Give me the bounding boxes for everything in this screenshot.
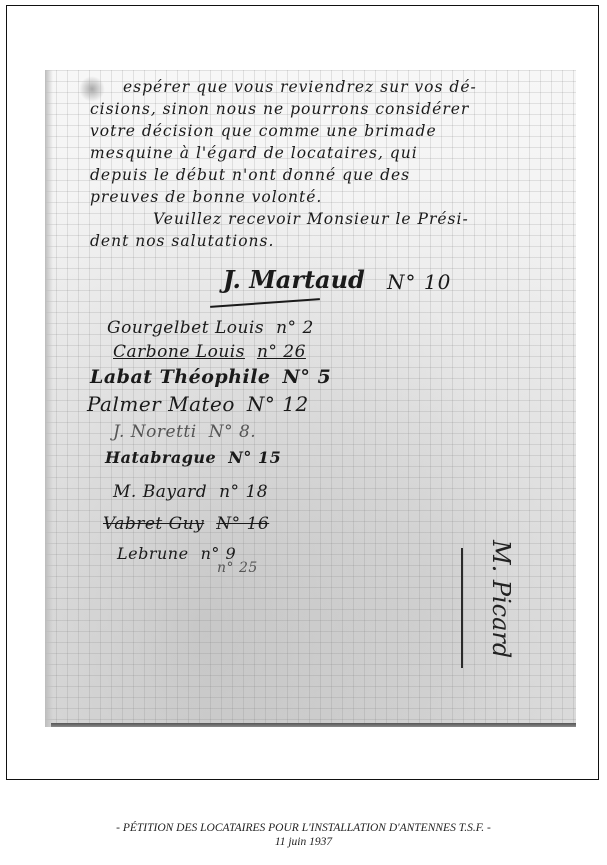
letter-line: Veuillez recevoir Monsieur le Prési- — [153, 210, 469, 228]
signer-row: Carbone Louisn° 26 — [113, 342, 306, 362]
signer-name: Lebrune — [117, 544, 189, 563]
signer-number: n° 26 — [257, 342, 306, 362]
letter-line: depuis le début n'ont donné que des — [90, 166, 410, 184]
letter-line: mesquine à l'égard de locataires, qui — [90, 144, 418, 162]
paper-bottom-edge — [51, 723, 576, 727]
signer-number: N° 5 — [283, 366, 332, 388]
signer-name: Carbone Louis — [113, 342, 245, 362]
signer-row: Labat ThéophileN° 5 — [90, 366, 331, 388]
letter-line: votre décision que comme une brimade — [90, 122, 437, 140]
petition-photo: espérer que vous reviendrez sur vos dé- … — [45, 70, 576, 727]
signature-rule — [461, 548, 463, 668]
vertical-signature: M. Picard — [487, 540, 515, 658]
signer-name: Vabret Guy — [103, 514, 204, 534]
signature-flourish — [210, 298, 320, 308]
paper-left-edge — [45, 70, 53, 727]
signer-row: Palmer MateoN° 12 — [87, 392, 309, 416]
signer-name: Gourgelbet Louis — [107, 318, 264, 338]
signer-name: M. Bayard — [113, 482, 207, 502]
signer-number: n° 2 — [276, 318, 314, 338]
signer-number: n° 25 — [217, 560, 258, 576]
signer-name: Palmer Mateo — [87, 392, 235, 416]
caption-date: 11 juin 1937 — [0, 836, 607, 848]
page-frame: espérer que vous reviendrez sur vos dé- … — [6, 5, 599, 780]
signer-row: n° 25 — [205, 560, 258, 576]
letter-line: dent nos salutations. — [90, 232, 274, 250]
signer-name: Labat Théophile — [90, 366, 271, 388]
signer-number: N° 16 — [216, 514, 269, 534]
signer-number: n° 18 — [219, 482, 268, 502]
letter-line: preuves de bonne volonté. — [90, 188, 322, 206]
signer-number: N° 8. — [209, 422, 257, 442]
signer-number: N° 12 — [247, 392, 309, 416]
signer-name: Hatabrague — [105, 448, 216, 467]
signer-row: J. NorettiN° 8. — [113, 422, 256, 442]
main-signature-number: N° 10 — [387, 270, 451, 294]
paper-stain — [79, 76, 105, 102]
signer-name: J. Noretti — [113, 422, 197, 442]
signer-row: Vabret GuyN° 16 — [103, 514, 269, 534]
letter-line: espérer que vous reviendrez sur vos dé- — [123, 78, 477, 96]
letter-line: cisions, sinon nous ne pourrons considér… — [90, 100, 469, 118]
main-signature: J. Martaud — [223, 265, 365, 294]
signer-number: N° 15 — [228, 448, 281, 467]
signer-row: M. Bayardn° 18 — [113, 482, 268, 502]
caption-title: - PÉTITION DES LOCATAIRES POUR L'INSTALL… — [0, 822, 607, 834]
signer-row: Gourgelbet Louisn° 2 — [107, 318, 314, 338]
signer-row: HatabragueN° 15 — [105, 448, 281, 467]
